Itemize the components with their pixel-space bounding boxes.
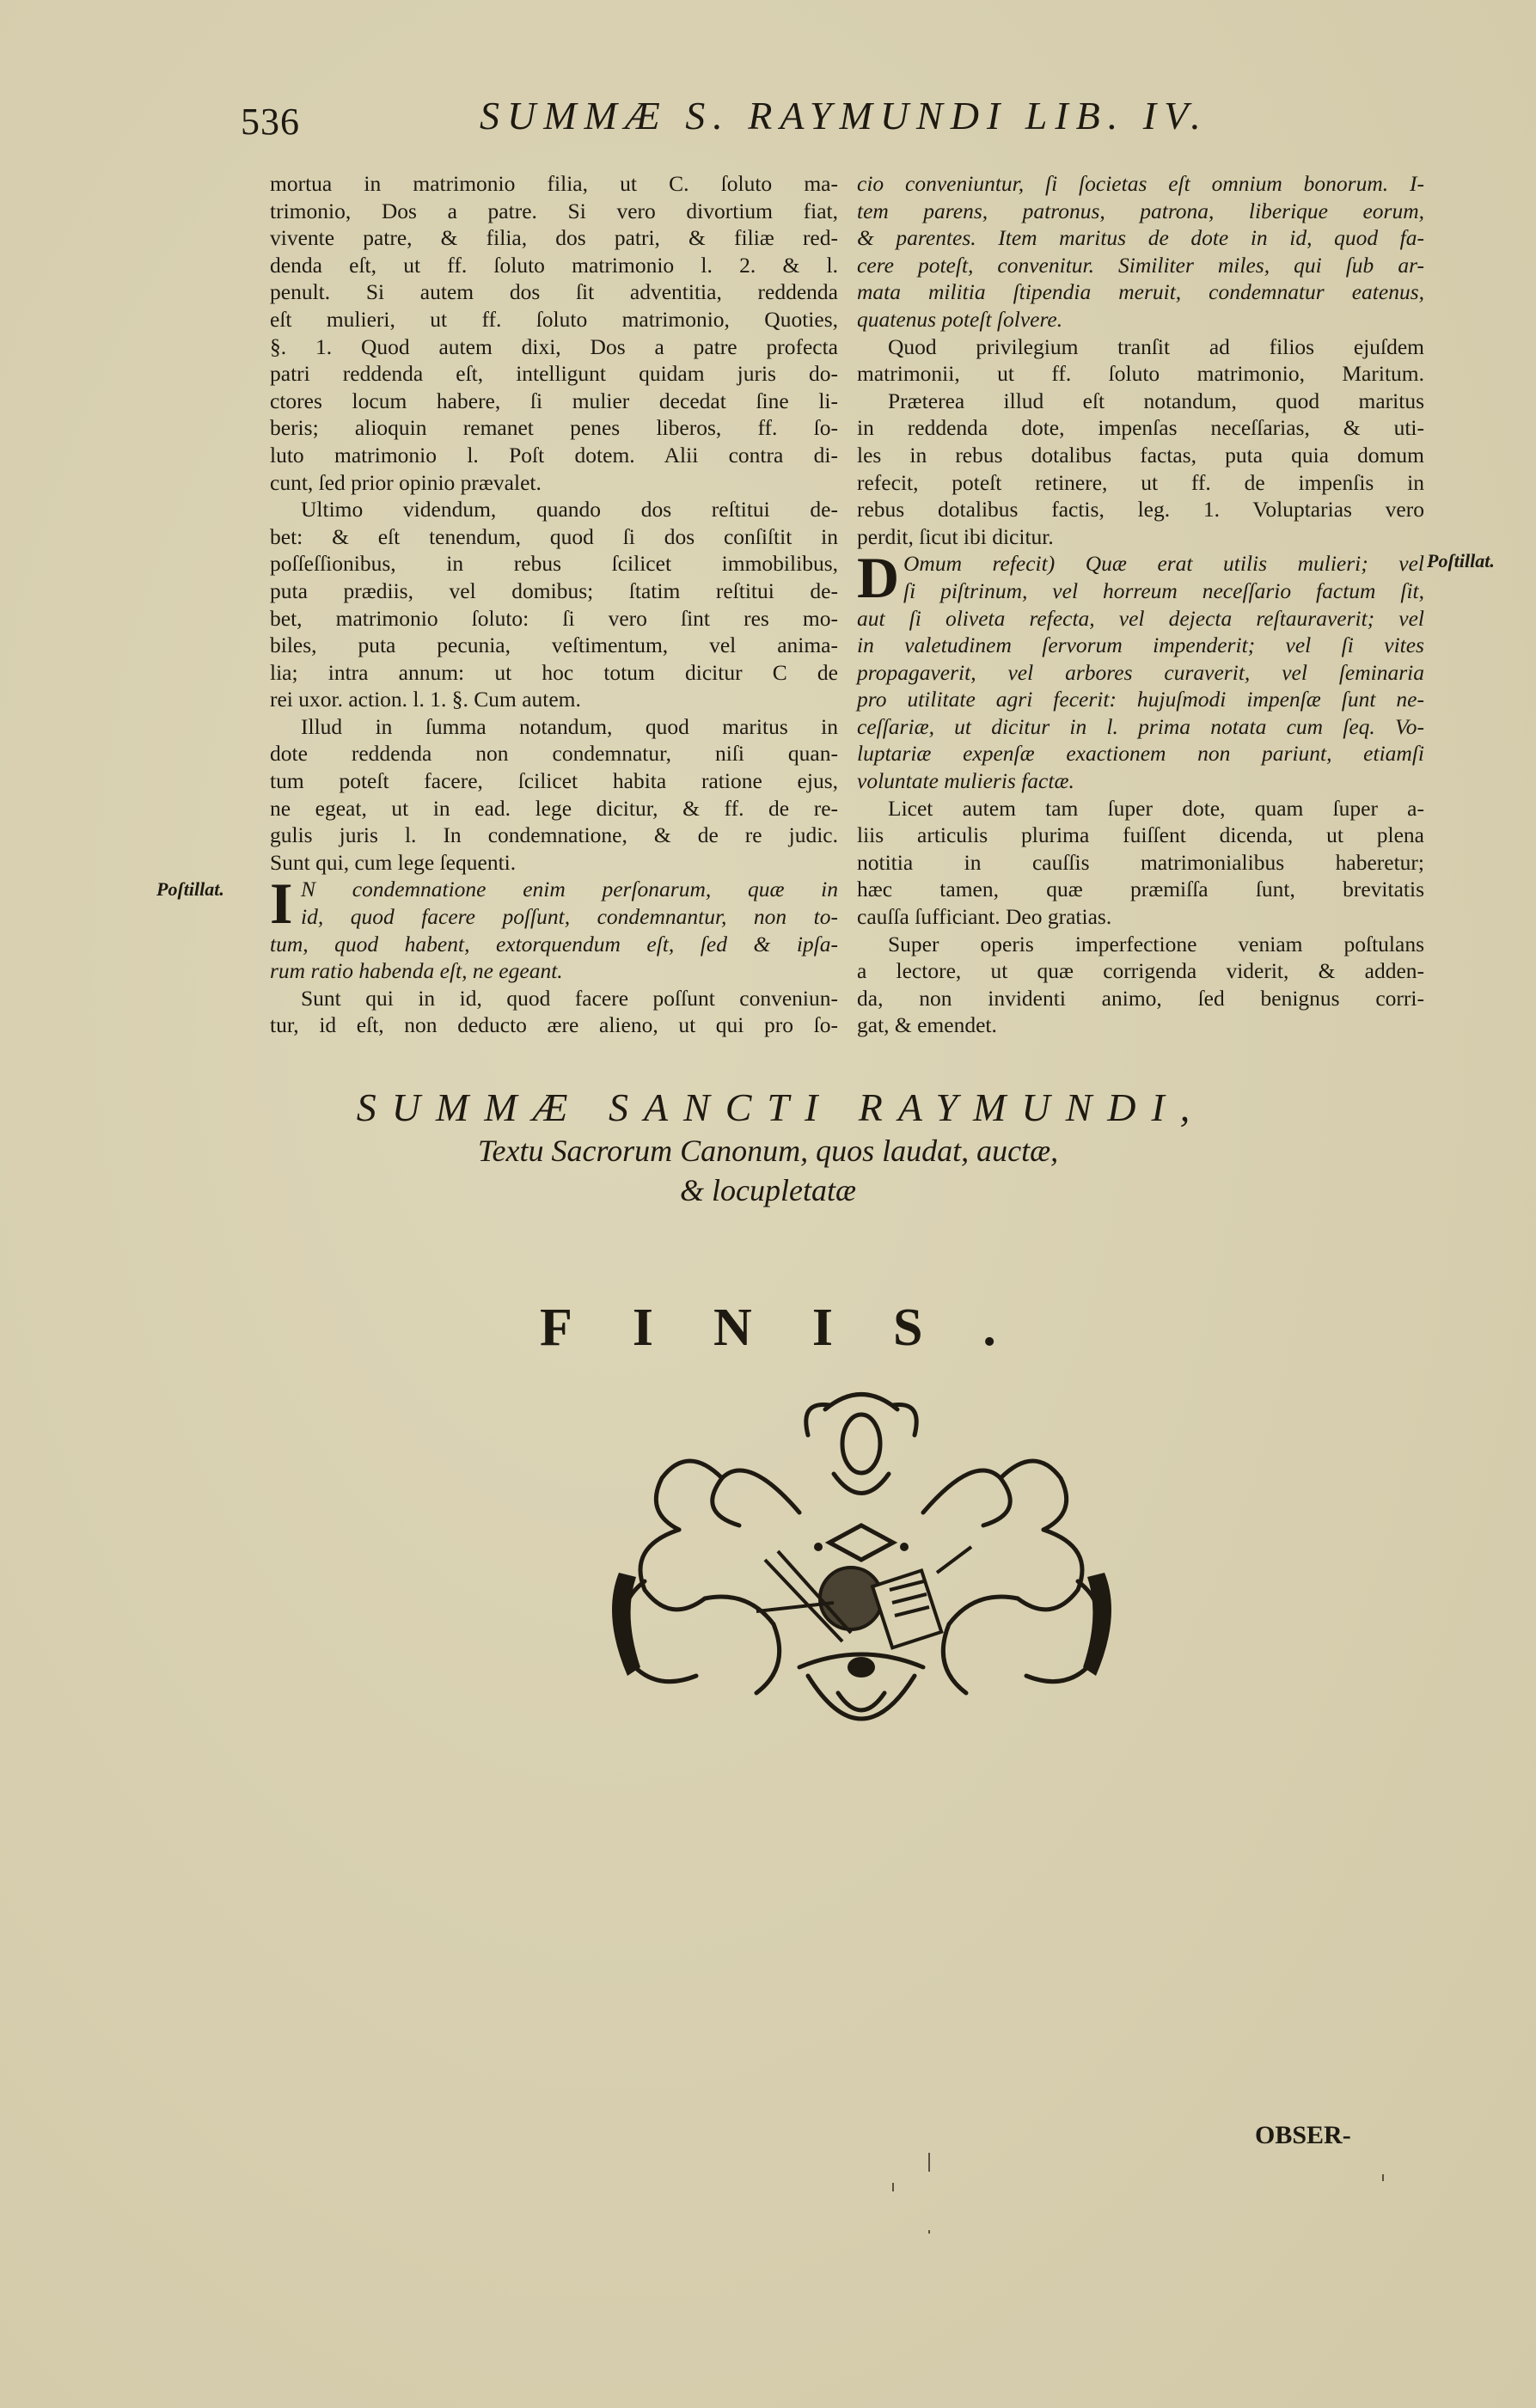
text-line: da, non invidenti animo, ſed benignus co… [857,985,1424,1012]
paragraph: Ultimo videndum, quando dos reſtitui de-… [270,496,838,713]
catchword: OBSER- [1255,2121,1351,2150]
text-line: pro utilitate agri fecerit: hujuſmodi im… [857,686,1424,713]
text-line: denda eſt, ut ff. ſoluto matrimonio l. 2… [270,252,838,279]
paragraph: cio conveniuntur, ſi ſocietas eſt omnium… [857,170,1424,333]
text-line: eſt mulieri, ut ff. ſoluto matrimonio, Q… [270,306,838,333]
text-line: bet, matrimonio ſoluto: ſi vero ſint res… [270,605,838,633]
running-title: SUMMÆ S. RAYMUNDI LIB. IV. [480,93,1209,138]
paragraph: Super operis imperfectione veniam poſtul… [857,931,1424,1039]
text-line: rei uxor. action. l. 1. §. Cum autem. [270,686,838,713]
text-line: ne egeat, ut in ead. lege dicitur, & ff.… [270,795,838,822]
postillat-gloss: D Omum refecit) Quæ erat utilis mulieri;… [857,550,1424,794]
text-line: rebus dotalibus factis, leg. 1. Voluptar… [857,496,1424,523]
text-line: luptariæ expenſæ exactionem non pariunt,… [857,740,1424,767]
text-line: notitia in cauſſis matrimonialibus haber… [857,849,1424,877]
text-line: id, quod facere poſſunt, condemnantur, n… [270,903,838,931]
text-line: & parentes. Item maritus de dote in id, … [857,224,1424,252]
colophon-title: SUMMÆ SANCTI RAYMUNDI, [0,1085,1536,1131]
text-line: lia; intra annum: ut hoc totum dicitur C… [270,659,838,687]
text-line: liis articulis plurima fuiſſent dicenda,… [857,822,1424,849]
text-line: Sunt qui in id, quod facere poſſunt conv… [270,985,838,1012]
text-line: aut ſi oliveta refecta, vel dejecta reſt… [857,605,1424,633]
text-line: cere poteſt, convenitur. Similiter miles… [857,252,1424,279]
text-line: matrimonii, ut ff. ſoluto matrimonio, Ma… [857,360,1424,388]
text-line: ctores locum habere, ſi mulier decedat ſ… [270,388,838,415]
colophon-subtitle: Textu Sacrorum Canonum, quos laudat, auc… [0,1131,1536,1170]
text-line: mata militia ſtipendia meruit, condemnat… [857,278,1424,306]
text-line: hæc tamen, quæ præmiſſa ſunt, brevitatis [857,876,1424,903]
text-line: mortua in matrimonio filia, ut C. ſoluto… [270,170,838,198]
page-number: 536 [241,100,300,144]
text-line: patri reddenda eſt, intelligunt quidam j… [270,360,838,388]
text-line: beris; alioquin remanet penes liberos, f… [270,414,838,442]
paragraph: Illud in ſumma notandum, quod maritus in… [270,713,838,877]
text-line: gat, & emendet. [857,1011,1424,1039]
text-line: rum ratio habenda eſt, ne egeant. [270,957,838,985]
text-line: dote reddenda non condemnatur, niſi quan… [270,740,838,767]
text-line: cio conveniuntur, ſi ſocietas eſt omnium… [857,170,1424,198]
text-line: Illud in ſumma notandum, quod maritus in [270,713,838,741]
text-line: tum poteſt facere, ſcilicet habita ratio… [270,767,838,795]
text-line: tur, id eſt, non deducto ære alieno, ut … [270,1011,838,1039]
text-line: bet: & eſt tenendum, quod ſi dos conſiſt… [270,523,838,551]
text-line: N condemnatione enim perſonarum, quæ in [270,876,838,903]
text-line: biles, puta pecunia, veſtimentum, vel an… [270,632,838,659]
text-line: Licet autem tam ſuper dote, quam ſuper a… [857,795,1424,822]
tailpiece-ornament-icon [593,1384,1130,1753]
text-line: poſſeſſionibus, in rebus ſcilicet immobi… [270,550,838,578]
text-line: Super operis imperfectione veniam poſtul… [857,931,1424,958]
text-line: Quod privilegium tranſit ad filios ejuſd… [857,333,1424,361]
text-line: vivente patre, & filia, dos patri, & fil… [270,224,838,252]
text-line: Omum refecit) Quæ erat utilis mulieri; v… [857,550,1424,578]
paragraph: mortua in matrimonio filia, ut C. ſoluto… [270,170,838,496]
text-line: ſi piſtrinum, vel horreum neceſſario fac… [857,578,1424,605]
text-line: luto matrimonio l. Poſt dotem. Alii cont… [270,442,838,469]
paragraph: Præterea illud eſt notandum, quod maritu… [857,388,1424,551]
text-line: cunt, ſed prior opinio prævalet. [270,469,838,497]
colophon-subtitle-2: & locupletatæ [0,1170,1536,1210]
text-line: tum, quod habent, extorquendum eſt, ſed … [270,931,838,958]
left-column: mortua in matrimonio filia, ut C. ſoluto… [270,170,838,1039]
text-line: perdit, ſicut ibi dicitur. [857,523,1424,551]
drop-cap: D [857,552,899,603]
paragraph: Licet autem tam ſuper dote, quam ſuper a… [857,795,1424,931]
text-line: in reddenda dote, impenſas neceſſarias, … [857,414,1424,442]
text-line: cauſſa ſufficiant. Deo gratias. [857,903,1424,931]
margin-note-postillat: Poſtillat. [1427,550,1495,572]
text-line: Sunt qui, cum lege ſequenti. [270,849,838,877]
text-line: penult. Si autem dos ſit adventitia, red… [270,278,838,306]
text-line: les in rebus dotalibus factas, puta quia… [857,442,1424,469]
margin-note-postillat: Poſtillat. [156,878,224,901]
text-line: trimonio, Dos a patre. Si vero divortium… [270,198,838,225]
right-column: cio conveniuntur, ſi ſocietas eſt omnium… [857,170,1424,1039]
text-line: puta prædiis, vel domibus; ſtatim reſtit… [270,578,838,605]
paragraph: Sunt qui in id, quod facere poſſunt conv… [270,985,838,1039]
text-line: refecit, poteſt retinere, ut ff. de impe… [857,469,1424,497]
colophon: SUMMÆ SANCTI RAYMUNDI, Textu Sacrorum Ca… [0,1085,1536,1210]
text-line: quatenus poteſt ſolvere. [857,306,1424,333]
finis-heading: FINIS. [0,1298,1536,1359]
text-line: propagaverit, vel arbores curaverit, vel… [857,659,1424,687]
text-line: tem parens, patronus, patrona, liberique… [857,198,1424,225]
text-line: voluntate mulieris factæ. [857,767,1424,795]
text-line: gulis juris l. In condemnatione, & de re… [270,822,838,849]
running-head: 536 SUMMÆ S. RAYMUNDI LIB. IV. [241,93,1461,144]
text-line: in valetudinem ſervorum impenderit; vel … [857,632,1424,659]
drop-cap: I [270,877,292,929]
text-line: Ultimo videndum, quando dos reſtitui de- [270,496,838,523]
text-line: Præterea illud eſt notandum, quod maritu… [857,388,1424,415]
text-line: §. 1. Quod autem dixi, Dos a patre profe… [270,333,838,361]
text-line: ceſſariæ, ut dicitur in l. prima notata … [857,713,1424,741]
postillat-gloss: I N condemnatione enim perſonarum, quæ i… [270,876,838,984]
paragraph: Quod privilegium tranſit ad filios ejuſd… [857,333,1424,388]
text-line: a lectore, ut quæ corrigenda viderit, & … [857,957,1424,985]
